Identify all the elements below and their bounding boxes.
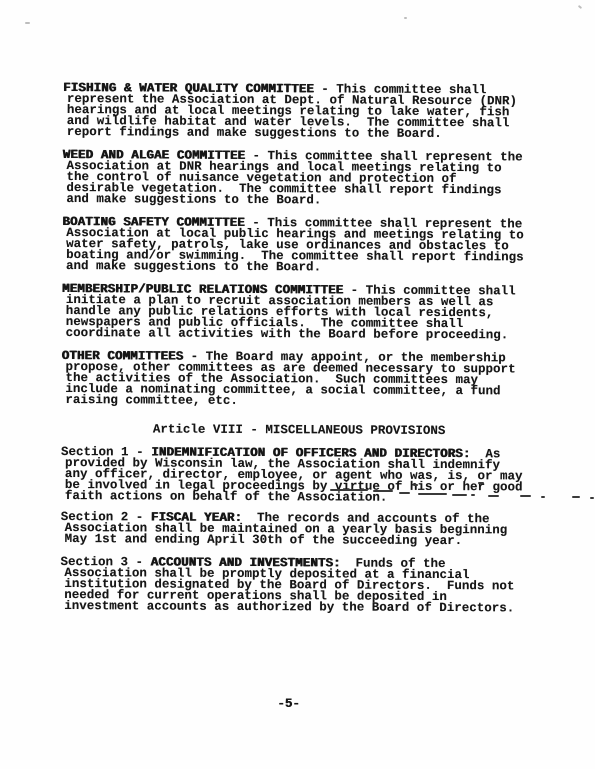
scan-streak [590,497,594,499]
scan-streak [418,493,447,495]
scan-streak [373,490,393,492]
scan-streak [520,495,531,497]
article-heading: Article VIII - MISCELLANEOUS PROVISIONS [61,424,537,437]
scan-streak [330,489,368,491]
scanned-document-page: FISHING & WATER QUALITY COMMITTEE - This… [0,0,595,769]
scan-streak [478,482,484,484]
scan-speck [578,5,582,9]
committee-paragraph: FISHING & WATER QUALITY COMMITTEE - This… [63,83,539,140]
scan-streak [488,495,499,497]
scan-streak [413,484,418,486]
committee-paragraph: MEMBERSHIP/PUBLIC RELATIONS COMMITTEE - … [62,284,538,341]
section-paragraph: Section 2 - FISCAL YEAR: The records and… [61,512,537,547]
scan-speck [25,22,30,24]
scan-streak [471,494,475,496]
document-body: FISHING & WATER QUALITY COMMITTEE - This… [60,83,539,626]
committee-paragraph: WEED AND ALGAE COMMITTEE - This committe… [62,150,538,207]
scan-streak [572,496,580,498]
section-paragraph: Section 3 - ACCOUNTS AND INVESTMENTS: Fu… [60,557,536,614]
committee-paragraph: OTHER COMMITTEES - The Board may appoint… [61,351,537,408]
page-number: -5- [0,697,586,711]
scan-streak [399,492,410,494]
scan-speck [404,17,407,19]
scan-streak [452,494,467,496]
committee-paragraph: BOATING SAFETY COMMITTEE - This committe… [62,217,538,274]
scan-streak [541,496,545,498]
